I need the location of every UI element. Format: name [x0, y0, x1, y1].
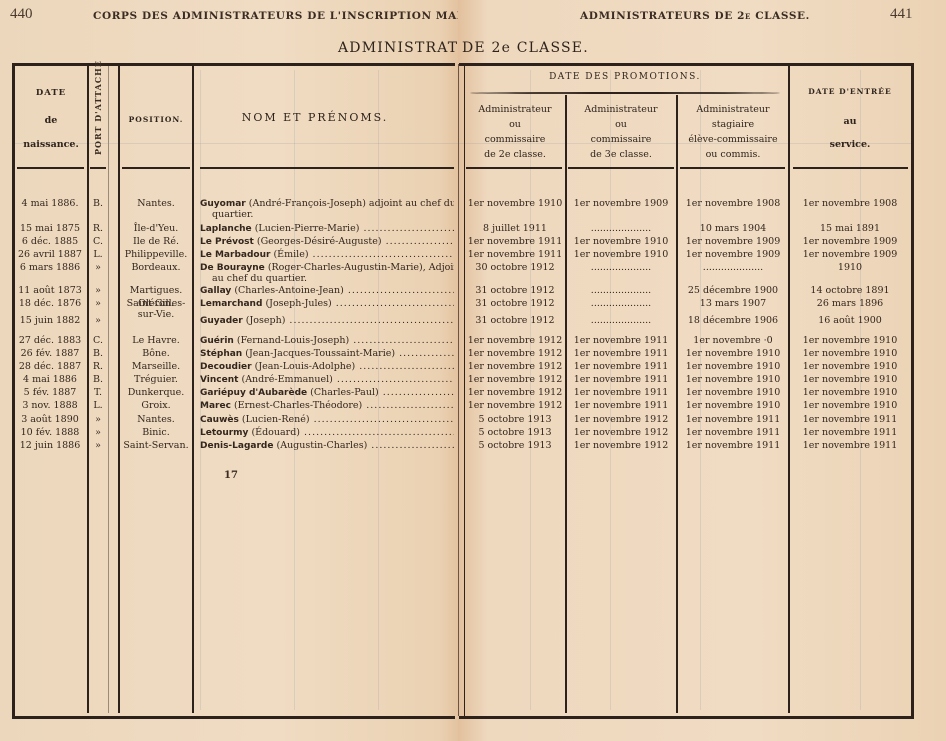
admin-3e-date-cell: ....................: [567, 297, 675, 310]
table-row: 27 déc. 1883C.Le Havre.Guérin (Fernand-L…: [0, 334, 946, 347]
table-row: 3 août 1890»Nantes.Cauwès (Lucien-René) …: [0, 413, 946, 426]
stagiaire-date-cell: 1er novembre ·0: [678, 334, 788, 347]
given-names: (Charles-Antoine-Jean): [234, 285, 343, 296]
position-cell: Bône.: [120, 347, 192, 360]
surname: Cauwès: [200, 415, 239, 425]
given-names: (Ernest-Charles-Théodore): [234, 400, 362, 411]
stagiaire-date-cell: 1er novembre 1910: [678, 399, 788, 412]
admin-3e-date-cell: 1er novembre 1910: [567, 248, 675, 261]
birth-date-cell: 28 déc. 1887: [15, 360, 85, 373]
port-cell: L.: [88, 248, 108, 261]
header-admin-2e-l4: de 2e classe.: [466, 147, 564, 162]
name-cell: Guyader (Joseph) .......................…: [200, 314, 454, 328]
admin-2e-date-cell: 5 octobre 1913: [466, 439, 564, 452]
admin-3e-date-cell: ....................: [567, 222, 675, 235]
position-cell: Bordeaux.: [120, 261, 192, 274]
entry-date-cell: 1er novembre 1908: [790, 197, 910, 210]
leader-dots: ........................................…: [344, 285, 454, 296]
admin-2e-date-cell: 30 octobre 1912: [466, 261, 564, 274]
name-cell: Decoudier (Jean-Louis-Adolphe) .........…: [200, 360, 454, 374]
table-row: 4 mai 1886B.Tréguier.Vincent (André-Emma…: [0, 373, 946, 386]
position-cell: Groix.: [120, 399, 192, 412]
given-names: (Édouard): [251, 427, 300, 438]
right-page-number: 441: [890, 6, 913, 23]
name-cell: Laplanche (Lucien-Pierre-Marie) ........…: [200, 222, 454, 236]
birth-date-cell: 3 août 1890: [15, 413, 85, 426]
name-cell: Marec (Ernest-Charles-Théodore) ........…: [200, 399, 454, 413]
header-stagiaire-l4: ou commis.: [678, 147, 788, 162]
admin-2e-date-cell: 1er novembre 1912: [466, 360, 564, 373]
table-row: 15 juin 1882»Saint-Gilles-sur-Vie.Guyade…: [0, 314, 946, 327]
port-cell: L.: [88, 399, 108, 412]
admin-3e-date-cell: 1er novembre 1912: [567, 426, 675, 439]
birth-date-cell: 18 déc. 1876: [15, 297, 85, 310]
port-cell: C.: [88, 334, 108, 347]
leader-dots: ........................................…: [285, 315, 454, 326]
table-row: 5 fév. 1887T.Dunkerque.Gariépuy d'Aubarè…: [0, 386, 946, 399]
left-running-head: CORPS DES ADMINISTRATEURS DE L'INSCRIPTI…: [93, 10, 511, 22]
header-entry-au: au: [790, 114, 910, 129]
position-cell: Le Havre.: [120, 334, 192, 347]
header-promotions: DATE DES PROMOTIONS.: [466, 70, 784, 85]
admin-2e-date-cell: 1er novembre 1912: [466, 334, 564, 347]
entry-date-cell: 15 mai 1891: [790, 222, 910, 235]
surname: Marec: [200, 401, 231, 411]
entry-date-cell: 1er novembre 1910: [790, 399, 910, 412]
header-admin-2e-l2: ou: [466, 117, 564, 132]
header-admin-2e-l1: Administrateur: [466, 102, 564, 117]
surname: Stéphan: [200, 349, 242, 359]
surname: Gariépuy d'Aubarède: [200, 388, 307, 398]
port-cell: R.: [88, 222, 108, 235]
given-names: (Augustin-Charles): [277, 440, 368, 451]
entry-date-cell: 1er novembre 1910: [790, 360, 910, 373]
title-right-part: DE 2e CLASSE.: [462, 40, 589, 56]
header-birth-date-naissance: naissance.: [17, 137, 85, 152]
surname: Guyader: [200, 316, 243, 326]
entry-date-cell: 1er novembre 1910: [790, 334, 910, 347]
leader-dots: ........................................…: [333, 374, 454, 385]
surname: Le Prévost: [200, 237, 254, 247]
stagiaire-date-cell: 25 décembre 1900: [678, 284, 788, 297]
admin-2e-date-cell: 8 juillet 1911: [466, 222, 564, 235]
name-cell: Letourmy (Édouard) .....................…: [200, 426, 454, 440]
given-names: (André-Emmanuel): [241, 374, 332, 385]
admin-2e-date-cell: 31 octobre 1912: [466, 284, 564, 297]
header-stagiaire: Administrateur stagiaire élève-commissai…: [678, 102, 788, 162]
name-cell: Cauwès (Lucien-René) ...................…: [200, 413, 454, 427]
entry-date-cell: 1er novembre 1911: [790, 426, 910, 439]
table-row: 4 mai 1886.B.Nantes.Guyomar (André-Franç…: [0, 197, 946, 210]
surname: Letourmy: [200, 428, 248, 438]
position-cell: Nantes.: [120, 197, 192, 210]
surname: Gallay: [200, 286, 231, 296]
given-names: (Georges-Désiré-Auguste): [257, 236, 382, 247]
admin-2e-date-cell: 1er novembre 1911: [466, 248, 564, 261]
table-row: 12 juin 1886»Saint-Servan.Denis-Lagarde …: [0, 439, 946, 452]
port-cell: »: [88, 413, 108, 426]
stagiaire-date-cell: ....................: [678, 261, 788, 274]
entry-date-cell: 1er novembre 1909: [790, 248, 910, 261]
admin-3e-date-cell: 1er novembre 1911: [567, 373, 675, 386]
table-row: 11 août 1873»Martigues.Gallay (Charles-A…: [0, 284, 946, 297]
left-page-number: 440: [10, 6, 33, 23]
given-names: (Fernand-Louis-Joseph): [237, 335, 349, 346]
given-names: (Joseph): [246, 315, 286, 326]
entry-date-cell: 1er novembre 1910: [790, 386, 910, 399]
stagiaire-date-cell: 18 décembre 1906: [678, 314, 788, 327]
position-cell: Ile de Ré.: [120, 235, 192, 248]
stagiaire-date-cell: 1er novembre 1911: [678, 426, 788, 439]
admin-3e-date-cell: ....................: [567, 284, 675, 297]
admin-2e-date-cell: 5 octobre 1913: [466, 413, 564, 426]
birth-date-cell: 4 mai 1886: [15, 373, 85, 386]
admin-3e-date-cell: 1er novembre 1911: [567, 386, 675, 399]
leader-dots: ........................................…: [309, 249, 454, 260]
admin-2e-date-cell: 1er novembre 1911: [466, 235, 564, 248]
admin-3e-date-cell: 1er novembre 1912: [567, 439, 675, 452]
admin-3e-date-cell: 1er novembre 1911: [567, 360, 675, 373]
right-running-head: ADMINISTRATEURS DE 2e CLASSE.: [580, 10, 810, 22]
surname: Laplanche: [200, 224, 252, 234]
given-names: (André-François-Joseph) adjoint au chef …: [249, 198, 454, 209]
leader-dots: ........................................…: [395, 348, 454, 359]
name-cell: Guérin (Fernand-Louis-Joseph) ..........…: [200, 334, 454, 348]
given-names: (Lucien-René): [242, 414, 310, 425]
header-admin-2e-l3: commissaire: [466, 132, 564, 147]
header-stagiaire-l3: élève-commissaire: [678, 132, 788, 147]
position-cell: Martigues.: [120, 284, 192, 297]
port-cell: »: [88, 261, 108, 274]
given-names: (Jean-Jacques-Toussaint-Marie): [245, 348, 395, 359]
table-row: 26 fév. 1887B.Bône.Stéphan (Jean-Jacques…: [0, 347, 946, 360]
header-admin-3e-l3: commissaire: [567, 132, 675, 147]
position-cell: Saint-Gilles-sur-Vie.: [120, 298, 192, 320]
leader-dots: ........................................…: [379, 387, 454, 398]
header-entry: DATE D'ENTRÉE: [790, 84, 910, 99]
surname: Lemarchand: [200, 299, 262, 309]
stagiaire-date-cell: 1er novembre 1910: [678, 373, 788, 386]
name-cell: Gariépuy d'Aubarède (Charles-Paul) .....…: [200, 386, 454, 400]
name-cell: Lemarchand (Joseph-Jules) ..............…: [200, 297, 454, 311]
table-row: 6 mars 1886»Bordeaux.De Bourayne (Roger-…: [0, 261, 946, 274]
name-cell: Denis-Lagarde (Augustin-Charles) .......…: [200, 439, 454, 453]
header-birth-date-de: de: [17, 113, 85, 128]
leader-dots: ........................................…: [382, 236, 454, 247]
surname: Guérin: [200, 336, 234, 346]
stagiaire-date-cell: 1er novembre 1910: [678, 360, 788, 373]
stagiaire-date-cell: 13 mars 1907: [678, 297, 788, 310]
port-cell: »: [88, 284, 108, 297]
birth-date-cell: 26 fév. 1887: [15, 347, 85, 360]
position-cell: Marseille.: [120, 360, 192, 373]
name-cell: Vincent (André-Emmanuel) ...............…: [200, 373, 454, 387]
port-cell: »: [88, 426, 108, 439]
admin-3e-date-cell: 1er novembre 1910: [567, 235, 675, 248]
name-cell: Le Prévost (Georges-Désiré-Auguste) ....…: [200, 235, 454, 249]
surname: Vincent: [200, 375, 238, 385]
name-cell: Le Marbadour (Émile) ...................…: [200, 248, 454, 262]
stagiaire-date-cell: 1er novembre 1911: [678, 439, 788, 452]
header-position: POSITION.: [120, 112, 192, 127]
admin-2e-date-cell: 1er novembre 1912: [466, 399, 564, 412]
admin-3e-date-cell: 1er novembre 1909: [567, 197, 675, 210]
given-names: (Joseph-Jules): [265, 298, 331, 309]
entry-date-cell: 14 octobre 1891: [790, 284, 910, 297]
admin-3e-date-cell: 1er novembre 1911: [567, 334, 675, 347]
admin-2e-date-cell: 31 octobre 1912: [466, 297, 564, 310]
entry-date-cell: 1910: [790, 261, 910, 274]
admin-2e-date-cell: 1er novembre 1912: [466, 347, 564, 360]
surname: Le Marbadour: [200, 250, 270, 260]
entry-date-cell: 1er novembre 1909: [790, 235, 910, 248]
admin-2e-date-cell: 1er novembre 1910: [466, 197, 564, 210]
admin-2e-date-cell: 1er novembre 1912: [466, 373, 564, 386]
admin-3e-date-cell: ....................: [567, 261, 675, 274]
leader-dots: ........................................…: [355, 361, 454, 372]
leader-dots: ........................................…: [367, 440, 454, 451]
entry-date-cell: 26 mars 1896: [790, 297, 910, 310]
birth-date-cell: 6 déc. 1885: [15, 235, 85, 248]
leader-dots: ........................................…: [359, 223, 454, 234]
port-cell: »: [88, 314, 108, 327]
stagiaire-date-cell: 1er novembre 1911: [678, 413, 788, 426]
leader-dots: ........................................…: [362, 400, 454, 411]
birth-date-cell: 15 juin 1882: [15, 314, 85, 327]
surname: Decoudier: [200, 362, 252, 372]
birth-date-cell: 26 avril 1887: [15, 248, 85, 261]
entry-date-cell: 1er novembre 1910: [790, 347, 910, 360]
entry-date-cell: 16 août 1900: [790, 314, 910, 327]
header-stagiaire-l1: Administrateur: [678, 102, 788, 117]
header-name: NOM ET PRÉNOMS.: [200, 110, 430, 125]
port-cell: B.: [88, 373, 108, 386]
port-cell: B.: [88, 197, 108, 210]
header-admin-3e-l2: ou: [567, 117, 675, 132]
birth-date-cell: 27 déc. 1883: [15, 334, 85, 347]
position-cell: Philippeville.: [120, 248, 192, 261]
port-cell: »: [88, 297, 108, 310]
birth-date-cell: 10 fév. 1888: [15, 426, 85, 439]
entry-date-cell: 1er novembre 1911: [790, 439, 910, 452]
table-row: 3 nov. 1888L.Groix.Marec (Ernest-Charles…: [0, 399, 946, 412]
birth-date-cell: 15 mai 1875: [15, 222, 85, 235]
stagiaire-date-cell: 10 mars 1904: [678, 222, 788, 235]
admin-2e-date-cell: 5 octobre 1913: [466, 426, 564, 439]
table-row: 15 mai 1875R.Île-d'Yeu.Laplanche (Lucien…: [0, 222, 946, 235]
table-row: 26 avril 1887L.Philippeville.Le Marbadou…: [0, 248, 946, 261]
name-cell: Stéphan (Jean-Jacques-Toussaint-Marie) .…: [200, 347, 454, 361]
leader-dots: ........................................…: [349, 335, 454, 346]
entry-date-cell: 1er novembre 1911: [790, 413, 910, 426]
port-cell: »: [88, 439, 108, 452]
birth-date-cell: 6 mars 1886: [15, 261, 85, 274]
admin-3e-date-cell: 1er novembre 1912: [567, 413, 675, 426]
stagiaire-date-cell: 1er novembre 1910: [678, 386, 788, 399]
port-cell: R.: [88, 360, 108, 373]
position-cell: Binic.: [120, 426, 192, 439]
birth-date-cell: 4 mai 1886.: [15, 197, 85, 210]
name-cell: Gallay (Charles-Antoine-Jean) ..........…: [200, 284, 454, 298]
position-cell: Île-d'Yeu.: [120, 222, 192, 235]
footer-count: 17: [224, 470, 238, 481]
header-entry-service: service.: [790, 137, 910, 152]
position-cell: Saint-Servan.: [120, 439, 192, 452]
table-row: 6 déc. 1885C.Ile de Ré.Le Prévost (Georg…: [0, 235, 946, 248]
stagiaire-date-cell: 1er novembre 1909: [678, 248, 788, 261]
surname: Denis-Lagarde: [200, 441, 273, 451]
admin-3e-date-cell: 1er novembre 1911: [567, 399, 675, 412]
port-cell: C.: [88, 235, 108, 248]
header-admin-2e: Administrateur ou commissaire de 2e clas…: [466, 102, 564, 162]
entry-date-cell: 1er novembre 1910: [790, 373, 910, 386]
birth-date-cell: 12 juin 1886: [15, 439, 85, 452]
stagiaire-date-cell: 1er novembre 1910: [678, 347, 788, 360]
name-continuation: quartier.: [212, 208, 253, 221]
leader-dots: ........................................…: [332, 298, 454, 309]
given-names: (Lucien-Pierre-Marie): [255, 223, 360, 234]
port-cell: B.: [88, 347, 108, 360]
table-row: 10 fév. 1888»Binic.Letourmy (Édouard) ..…: [0, 426, 946, 439]
admin-3e-date-cell: 1er novembre 1911: [567, 347, 675, 360]
given-names: (Émile): [273, 249, 308, 260]
header-admin-3e-l1: Administrateur: [567, 102, 675, 117]
admin-2e-date-cell: 1er novembre 1912: [466, 386, 564, 399]
birth-date-cell: 5 fév. 1887: [15, 386, 85, 399]
header-stagiaire-l2: stagiaire: [678, 117, 788, 132]
header-admin-3e: Administrateur ou commissaire de 3e clas…: [567, 102, 675, 162]
birth-date-cell: 11 août 1873: [15, 284, 85, 297]
given-names: (Charles-Paul): [310, 387, 379, 398]
admin-2e-date-cell: 31 octobre 1912: [466, 314, 564, 327]
leader-dots: ........................................…: [300, 427, 454, 438]
stagiaire-date-cell: 1er novembre 1909: [678, 235, 788, 248]
table-row: 28 déc. 1887R.Marseille.Decoudier (Jean-…: [0, 360, 946, 373]
position-cell: Nantes.: [120, 413, 192, 426]
header-birth-date: DATE: [17, 86, 85, 101]
admin-3e-date-cell: ....................: [567, 314, 675, 327]
port-cell: T.: [88, 386, 108, 399]
given-names: (Jean-Louis-Adolphe): [255, 361, 356, 372]
stagiaire-date-cell: 1er novembre 1908: [678, 197, 788, 210]
header-port: PORT D'ATTACHE: [93, 75, 103, 155]
position-cell: Tréguier.: [120, 373, 192, 386]
position-cell: Dunkerque.: [120, 386, 192, 399]
birth-date-cell: 3 nov. 1888: [15, 399, 85, 412]
header-admin-3e-l4: de 3e classe.: [567, 147, 675, 162]
leader-dots: ........................................…: [310, 414, 454, 425]
